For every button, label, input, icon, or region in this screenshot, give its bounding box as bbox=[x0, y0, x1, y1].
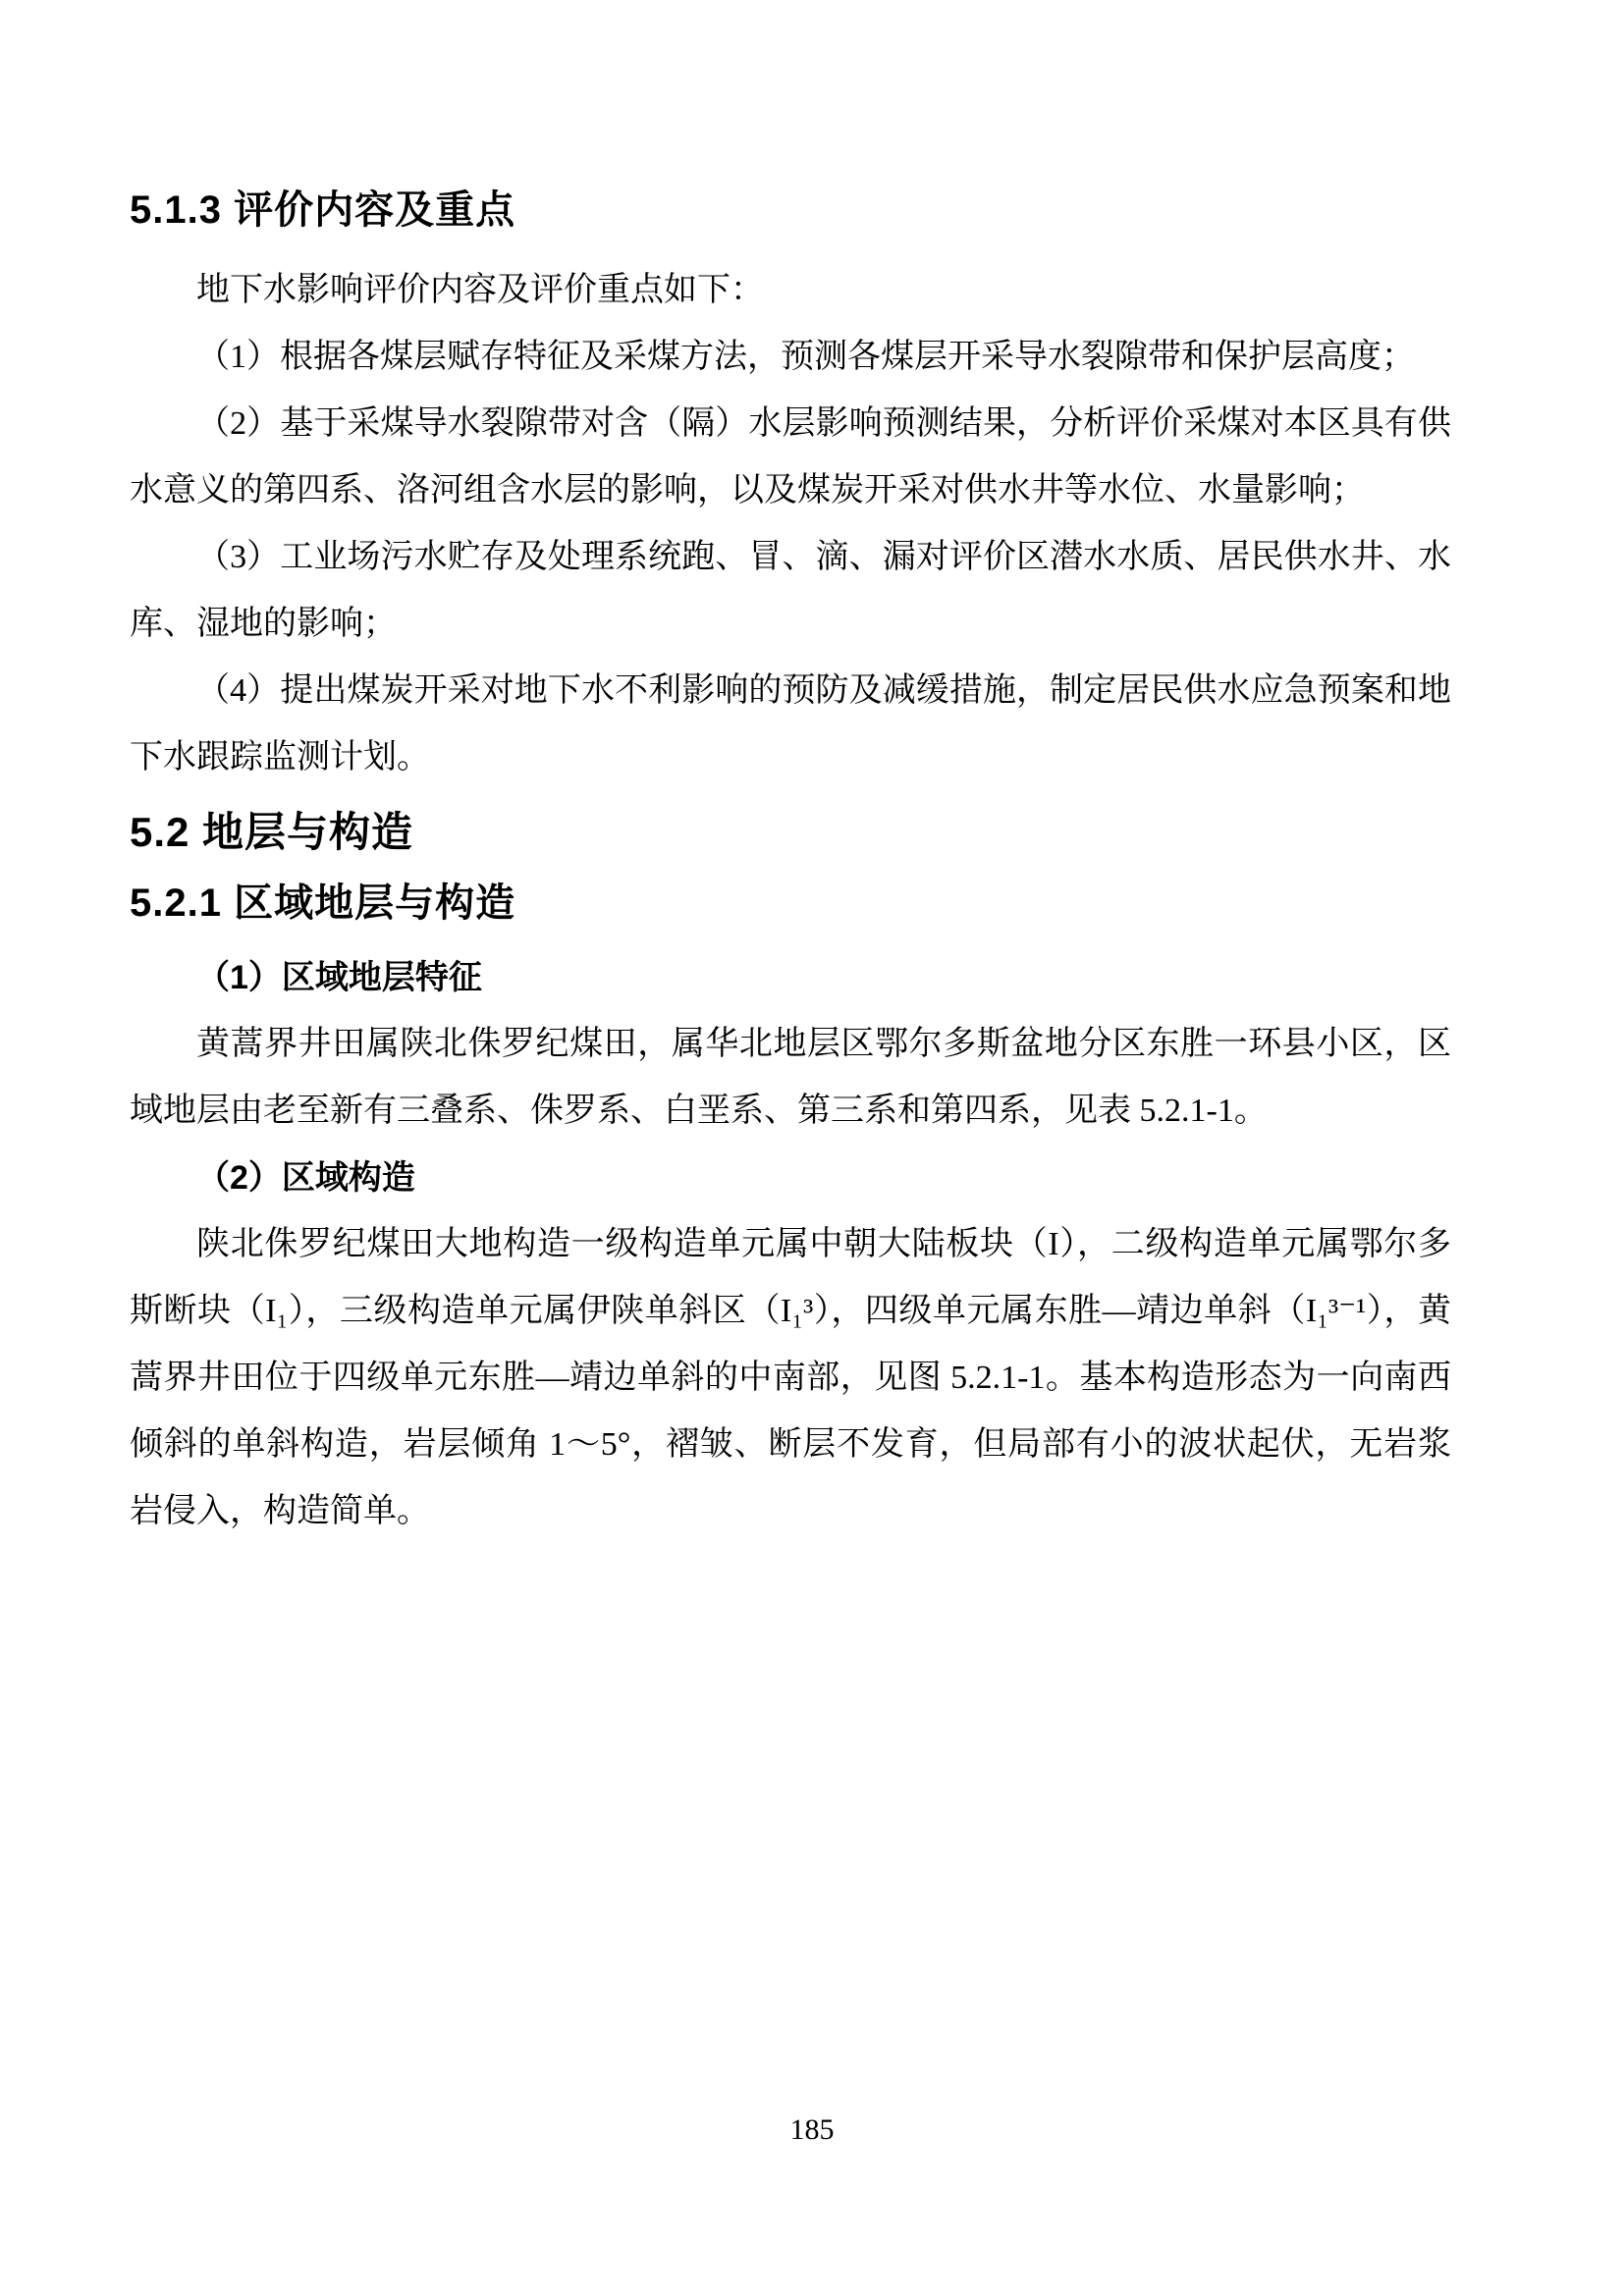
paragraph-regional-strata: 黄蒿界井田属陕北侏罗纪煤田，属华北地层区鄂尔多斯盆地分区东胜一环县小区，区域地层… bbox=[130, 1011, 1451, 1145]
list-item-2: （2）基于采煤导水裂隙带对含（隔）水层影响预测结果，分析评价采煤对本区具有供水意… bbox=[130, 391, 1451, 524]
section-heading-5-2-1: 5.2.1 区域地层与构造 bbox=[130, 876, 1451, 931]
list-item-4: （4）提出煤炭开采对地下水不利影响的预防及减缓措施，制定居民供水应急预案和地下水… bbox=[130, 658, 1451, 791]
paragraph-intro: 地下水影响评价内容及评价重点如下： bbox=[130, 257, 1451, 324]
list-item-1: （1）根据各煤层赋存特征及采煤方法，预测各煤层开采导水裂隙带和保护层高度； bbox=[130, 324, 1451, 391]
page-content: 5.1.3 评价内容及重点 地下水影响评价内容及评价重点如下： （1）根据各煤层… bbox=[130, 183, 1451, 1545]
section-heading-5-2: 5.2 地层与构造 bbox=[130, 803, 1451, 862]
page-number: 185 bbox=[0, 2112, 1624, 2148]
section-heading-5-1-3: 5.1.3 评价内容及重点 bbox=[130, 183, 1451, 238]
document-page: 5.1.3 评价内容及重点 地下水影响评价内容及评价重点如下： （1）根据各煤层… bbox=[0, 0, 1624, 2296]
paragraph-regional-structure: 陕北侏罗纪煤田大地构造一级构造单元属中朝大陆板块（I），二级构造单元属鄂尔多斯断… bbox=[130, 1211, 1451, 1545]
sub-heading-regional-structure: （2）区域构造 bbox=[130, 1145, 1451, 1211]
list-item-3: （3）工业场污水贮存及处理系统跑、冒、滴、漏对评价区潜水水质、居民供水井、水库、… bbox=[130, 524, 1451, 658]
sub-heading-regional-strata: （1）区域地层特征 bbox=[130, 944, 1451, 1011]
